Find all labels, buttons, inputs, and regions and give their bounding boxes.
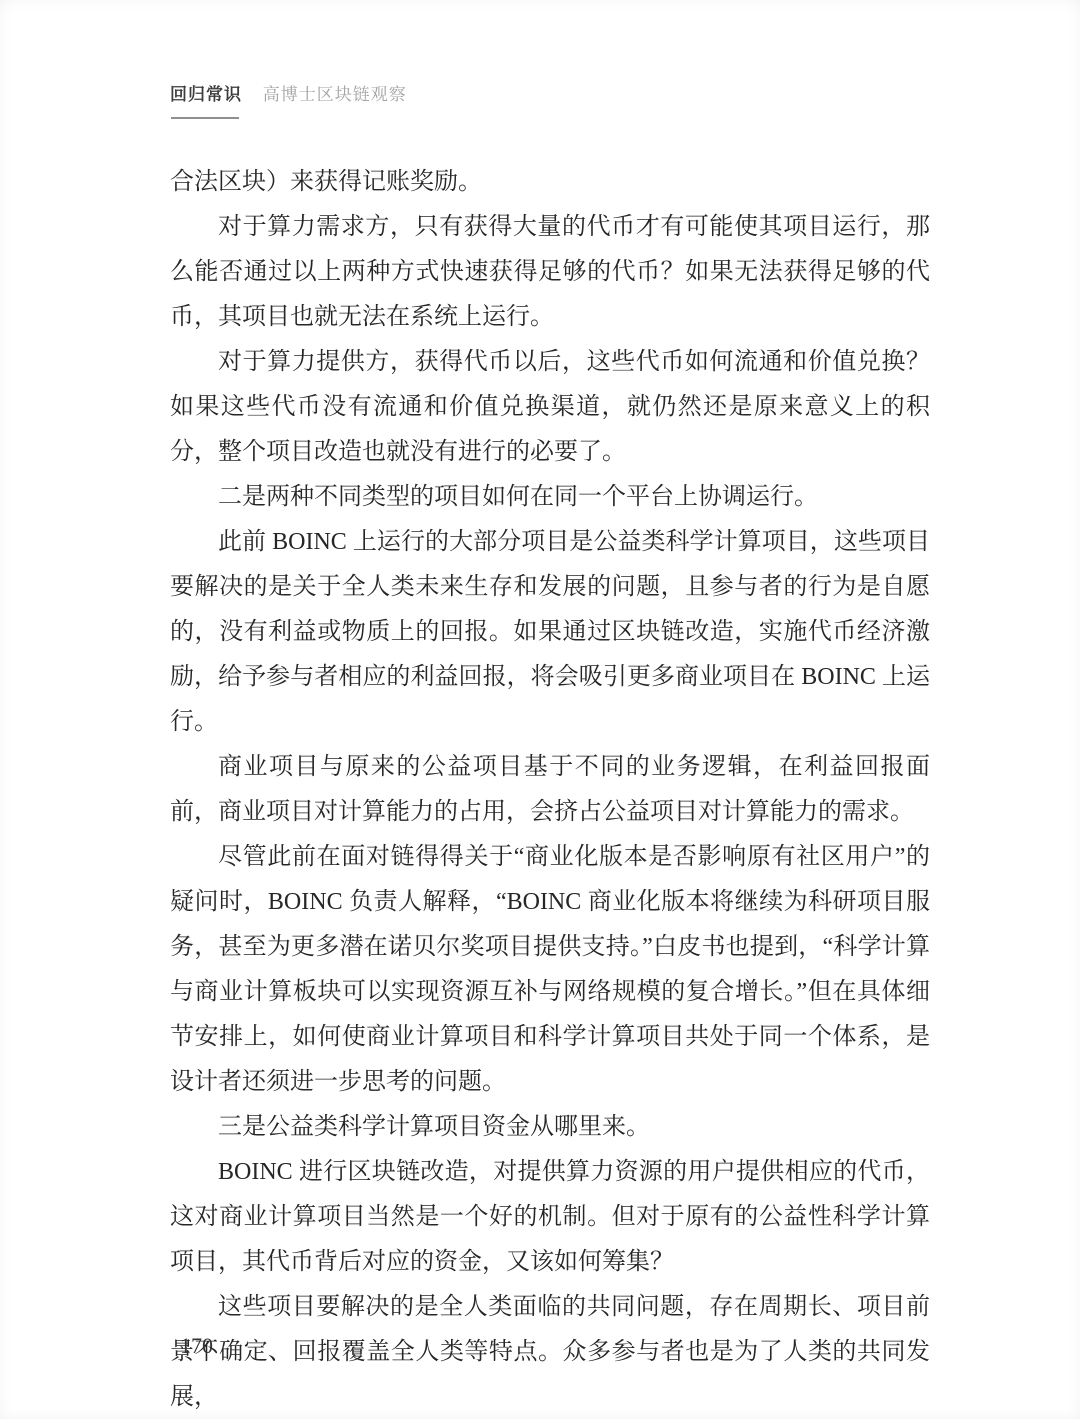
body-text: 合法区块）来获得记账奖励。对于算力需求方，只有获得大量的代币才有可能使其项目运行…: [170, 160, 930, 1419]
paragraph: 对于算力需求方，只有获得大量的代币才有可能使其项目运行，那么能否通过以上两种方式…: [170, 205, 930, 340]
paragraph: BOINC 进行区块链改造，对提供算力资源的用户提供相应的代币，这对商业计算项目…: [170, 1150, 930, 1285]
paragraph: 三是公益类科学计算项目资金从哪里来。: [170, 1105, 930, 1150]
paragraph: 对于算力提供方，获得代币以后，这些代币如何流通和价值兑换？如果这些代币没有流通和…: [170, 340, 930, 475]
page-header: 回归常识 高博士区块链观察: [170, 84, 407, 106]
paragraph: 这些项目要解决的是全人类面临的共同问题，存在周期长、项目前景不确定、回报覆盖全人…: [170, 1285, 930, 1419]
paragraph: 尽管此前在面对链得得关于“商业化版本是否影响原有社区用户”的疑问时，BOINC …: [170, 835, 930, 1105]
chapter-title: 高博士区块链观察: [263, 85, 407, 104]
book-page: 回归常识 高博士区块链观察 合法区块）来获得记账奖励。对于算力需求方，只有获得大…: [0, 0, 1080, 1419]
page-number: 170: [180, 1332, 213, 1360]
paragraph: 此前 BOINC 上运行的大部分项目是公益类科学计算项目，这些项目要解决的是关于…: [170, 520, 930, 745]
paragraph: 二是两种不同类型的项目如何在同一个平台上协调运行。: [170, 475, 930, 520]
paragraph: 商业项目与原来的公益项目基于不同的业务逻辑，在利益回报面前，商业项目对计算能力的…: [170, 745, 930, 835]
book-title: 回归常识: [170, 85, 242, 104]
header-underline: [171, 117, 239, 119]
paragraph: 合法区块）来获得记账奖励。: [170, 160, 930, 205]
